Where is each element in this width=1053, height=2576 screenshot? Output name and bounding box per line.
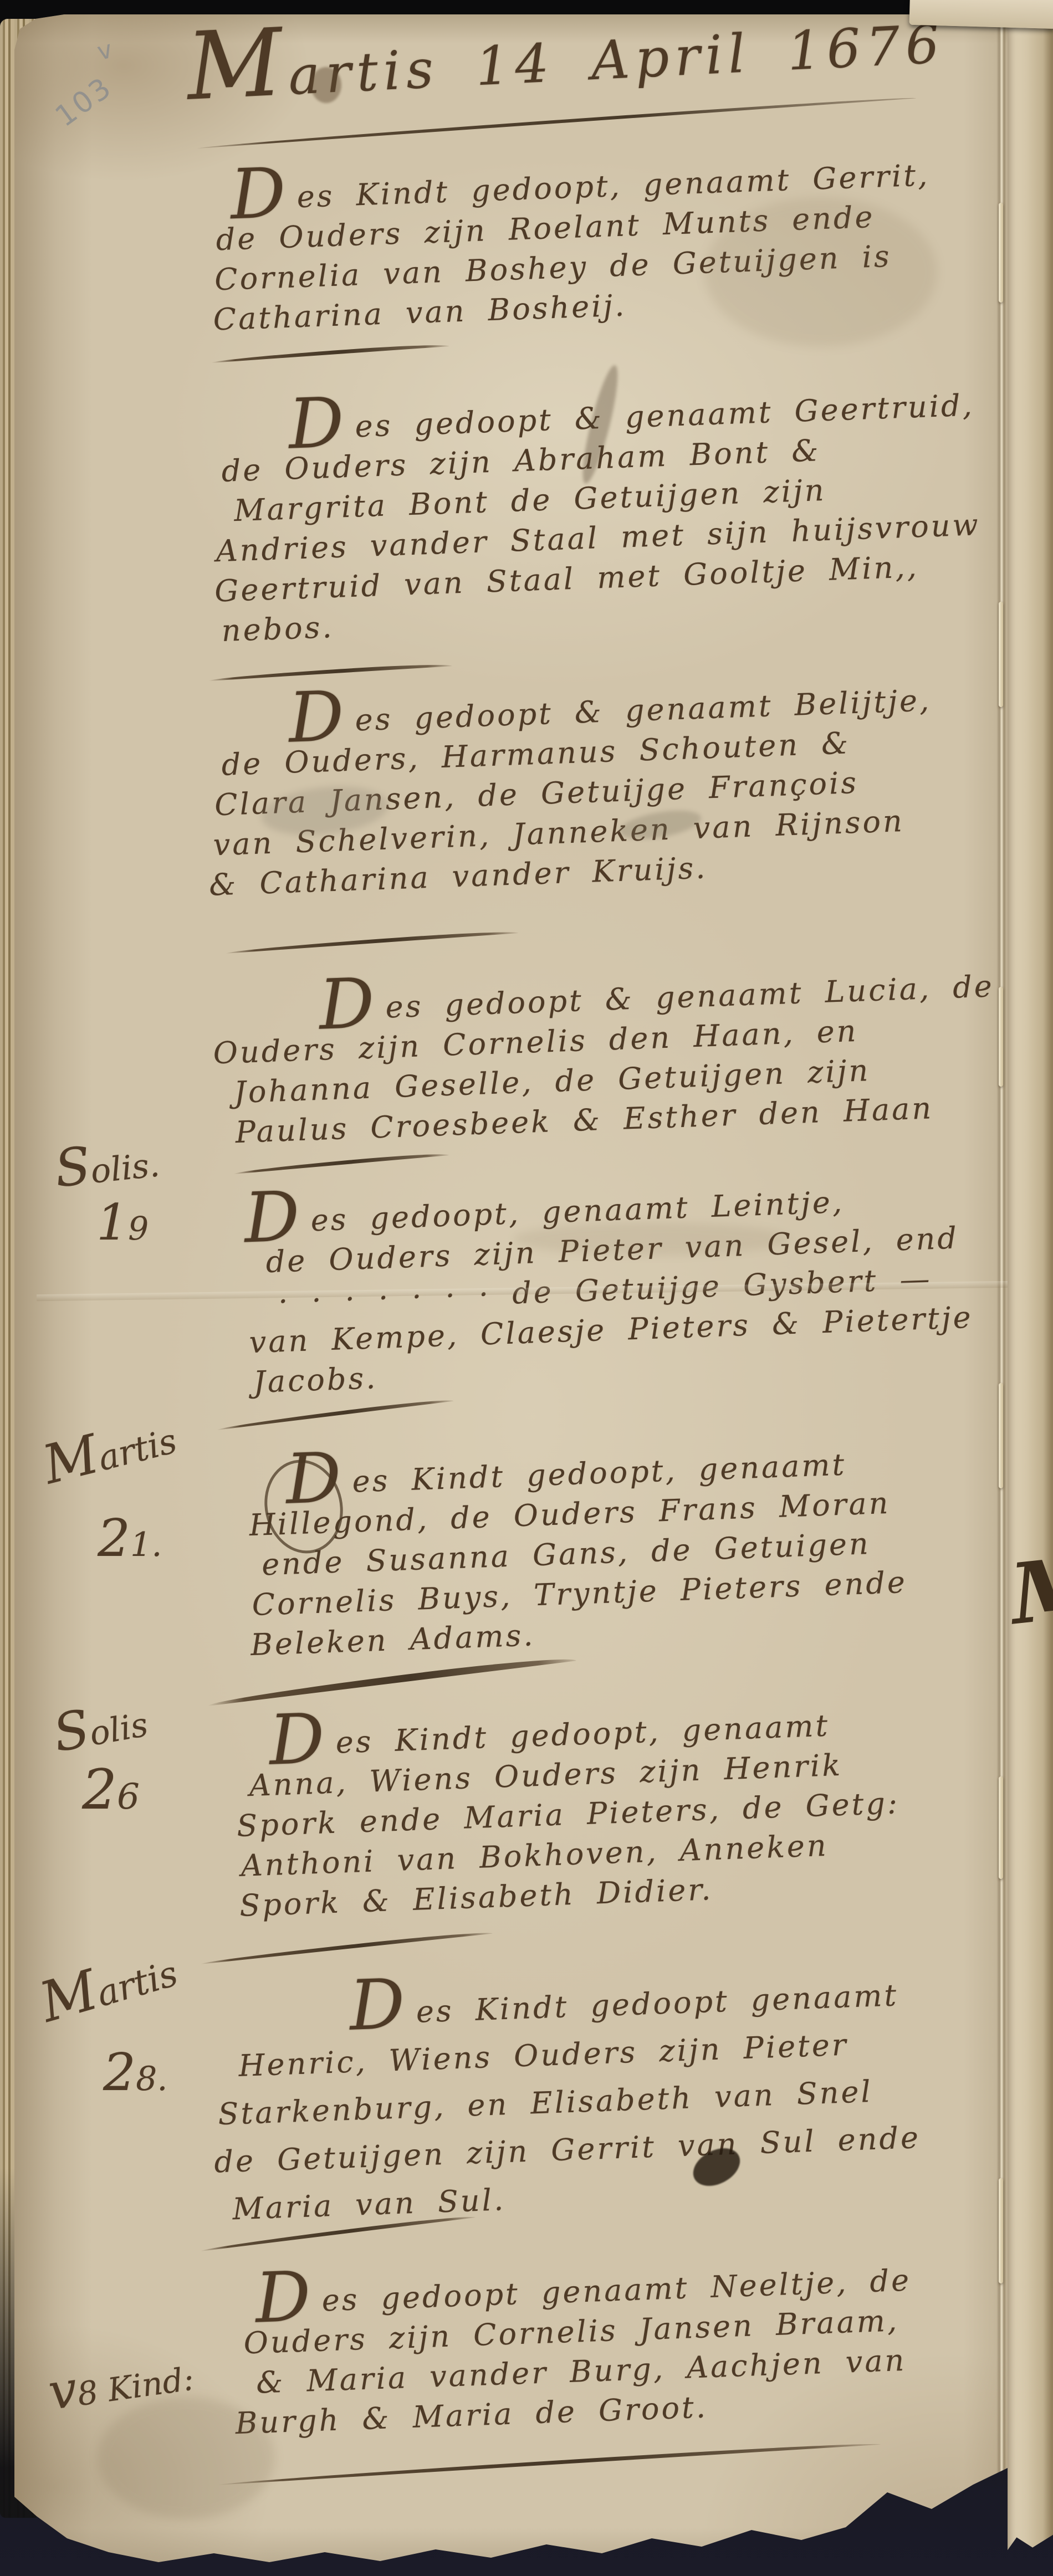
ink-stain [98, 2397, 275, 2519]
flourish-underline [217, 2441, 881, 2485]
photo-backdrop: v 103 Martis 14 April 1676 Des Kindt ged… [0, 0, 1053, 2576]
baptism-entry: Des Kindt gedoopt, genaamtAnna, Wiens Ou… [203, 1699, 1024, 1927]
flourish-underline [225, 929, 518, 954]
margin-day: Solis [51, 1701, 151, 1760]
margin-date: 26 [82, 1771, 140, 1817]
ink-stain [513, 1222, 790, 1256]
manuscript-page: v 103 Martis 14 April 1676 Des Kindt ged… [14, 14, 1008, 2563]
margin-day: Solis. [53, 1140, 161, 1195]
pencil-checkmark: v [94, 35, 115, 66]
baptism-entry: Des Kindt gedoopt genaamtHenric, Wiens O… [203, 1968, 1025, 2234]
baptism-entry: Des gedoopt genaamt Neeltje, deOuders zi… [203, 2257, 1023, 2445]
margin-date: 21. [98, 1520, 162, 1564]
flourish-underline [200, 1930, 493, 1964]
next-page-text-fragment: M [1008, 1537, 1053, 1643]
margin-date: 19 [96, 1206, 149, 1247]
flourish-underline [211, 342, 449, 363]
ink-stain [704, 197, 937, 347]
flourish-underline [233, 1151, 449, 1174]
next-page-edge: M [1008, 13, 1053, 2558]
margin-day: Martis [37, 1948, 182, 2030]
page-title: Martis 14 April 1676 [185, 0, 946, 112]
baptism-entry: Des gedoopt & genaamt Lucia, deOuders zi… [203, 966, 1023, 1154]
folio-number: 103 [49, 70, 119, 134]
ink-stain [311, 67, 341, 103]
baptism-entry: Des gedoopt & genaamt Geertruid,de Ouder… [203, 384, 1025, 652]
margin-date: 28. [103, 2055, 167, 2098]
loose-paper-corner [909, 0, 1053, 29]
margin-day: Martis [40, 1416, 181, 1492]
